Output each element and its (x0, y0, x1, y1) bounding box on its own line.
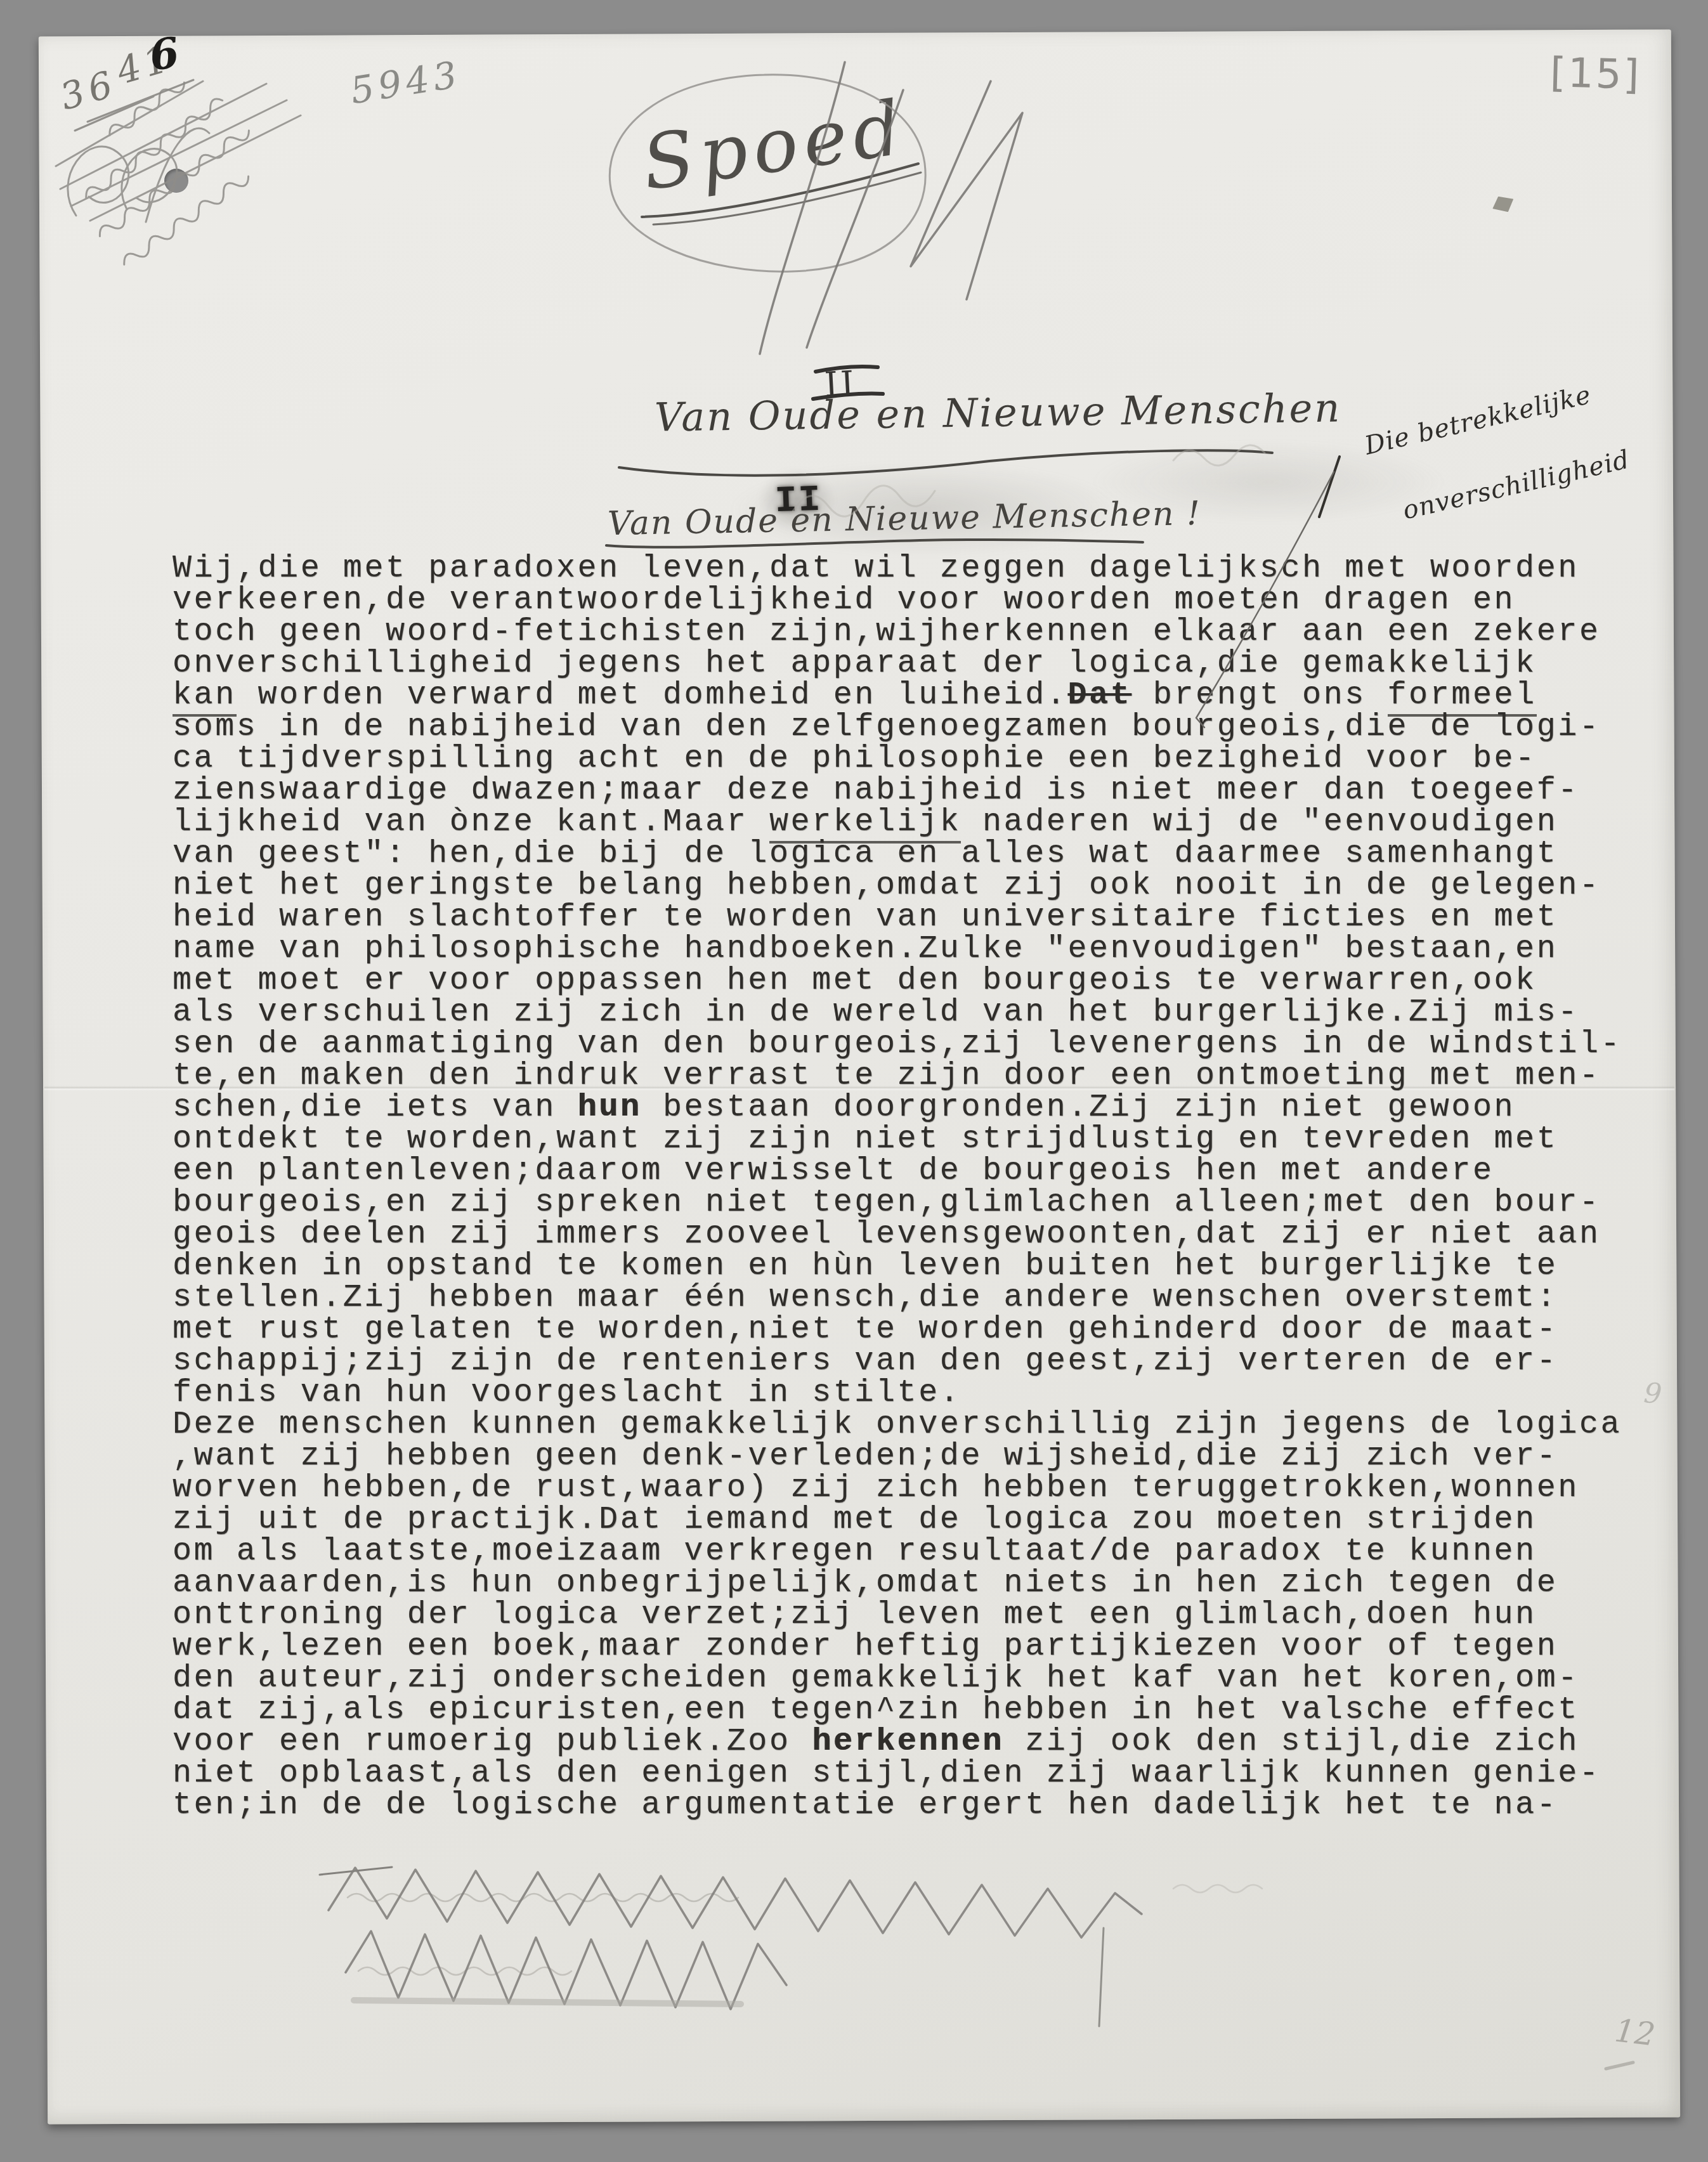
typed-line: stellen.Zij hebben maar één wensch,die a… (173, 1282, 1682, 1314)
typed-line: met moet er voor oppassen hen met den bo… (173, 965, 1682, 997)
typed-line: ten;in de de logische argumentatie erger… (173, 1790, 1682, 1821)
typed-line: aanvaarden,is hun onbegrijpelijk,omdat n… (173, 1568, 1682, 1599)
typed-line: worven hebben,de rust,waaro) zij zich he… (173, 1473, 1682, 1504)
typed-line: als verschuilen zij zich in de wereld va… (173, 997, 1682, 1029)
typed-line: lijkheid van ònze kant.Maar werkelijk na… (173, 807, 1682, 838)
typed-line: denken in opstand te komen en hùn leven … (173, 1251, 1682, 1282)
typed-line: een plantenleven;daarom verwisselt de bo… (173, 1156, 1682, 1187)
annotation-overtyped: herkennen (812, 1724, 1003, 1760)
annotation-overtyped: hun (578, 1090, 642, 1126)
typed-line: onttroning der logica verzet;zij leven m… (173, 1599, 1682, 1631)
typed-line: om als laatste,moeizaam verkregen result… (173, 1536, 1682, 1568)
typed-line: toch geen woord-fetichisten zijn,wijherk… (173, 616, 1682, 648)
typed-line: bourgeois,en zij spreken niet tegen,glim… (173, 1187, 1682, 1219)
annotation-struck: Dat (1067, 677, 1131, 713)
punch-hole (164, 169, 188, 193)
folio-number: [15] (1549, 49, 1641, 99)
typed-line: Wij,die met paradoxen leven,dat wil zegg… (173, 553, 1682, 585)
typed-line: sen de aanmatiging van den bourgeois,zij… (173, 1029, 1682, 1060)
typed-line: soms in de nabijheid van den zelfgenoegz… (173, 712, 1682, 743)
typed-line: van geest": hen,die bij de logica en all… (173, 838, 1682, 870)
typed-line: geois deelen zij immers zooveel levensge… (173, 1219, 1682, 1251)
typed-line: dat zij,als epicuristen,een tegen^zin he… (173, 1695, 1682, 1726)
typed-body: Wij,die met paradoxen leven,dat wil zegg… (173, 553, 1682, 1821)
typed-line: zij uit de practijk.Dat iemand met de lo… (173, 1504, 1682, 1536)
page-number-bottom: 12 (1613, 2012, 1657, 2053)
typed-line: voor een rumoerig publiek.Zoo herkennen … (173, 1726, 1682, 1758)
typed-line: den auteur,zij onderscheiden gemakkelijk… (173, 1663, 1682, 1695)
scan-background: 36 41 6 5943 [15] Spoed II Van Oude en N… (0, 0, 1708, 2162)
typed-line: kan worden verward met domheid en luihei… (173, 680, 1682, 712)
typed-line: verkeeren,de verantwoordelijkheid voor w… (173, 585, 1682, 616)
chapter-title: Van Oude en Nieuwe Menschen (655, 384, 1342, 440)
typed-line: ontdekt te worden,want zij zijn niet str… (173, 1124, 1682, 1156)
typed-line: schen,die iets van hun bestaan doorgrond… (173, 1092, 1682, 1124)
typed-line: niet het geringste belang hebben,omdat z… (173, 870, 1682, 902)
typed-line: fenis van hun voorgeslacht in stilte. (173, 1377, 1682, 1409)
typed-line: te,en maken den indruk verrast te zijn d… (173, 1060, 1682, 1092)
typed-line: zienswaardige dwazen;maar deze nabijheid… (173, 775, 1682, 807)
typed-line: met rust gelaten te worden,niet te worde… (173, 1314, 1682, 1346)
typed-line: niet opblaast,als den eenigen stijl,dien… (173, 1758, 1682, 1790)
typed-line: name van philosophische handboeken.Zulke… (173, 934, 1682, 965)
typed-line: werk,lezen een boek,maar zonder heftig p… (173, 1631, 1682, 1663)
typed-line: Deze menschen kunnen gemakkelijk onversc… (173, 1409, 1682, 1441)
typed-line: ca tijdverspilling acht en de philosophi… (173, 743, 1682, 775)
typed-line: ,want zij hebben geen denk-verleden;de w… (173, 1441, 1682, 1473)
typed-line: heid waren slachtoffer te worden van uni… (173, 902, 1682, 934)
typed-line: onverschilligheid jegens het apparaat de… (173, 648, 1682, 680)
typed-line: schappij;zij zijn de renteniers van den … (173, 1346, 1682, 1377)
